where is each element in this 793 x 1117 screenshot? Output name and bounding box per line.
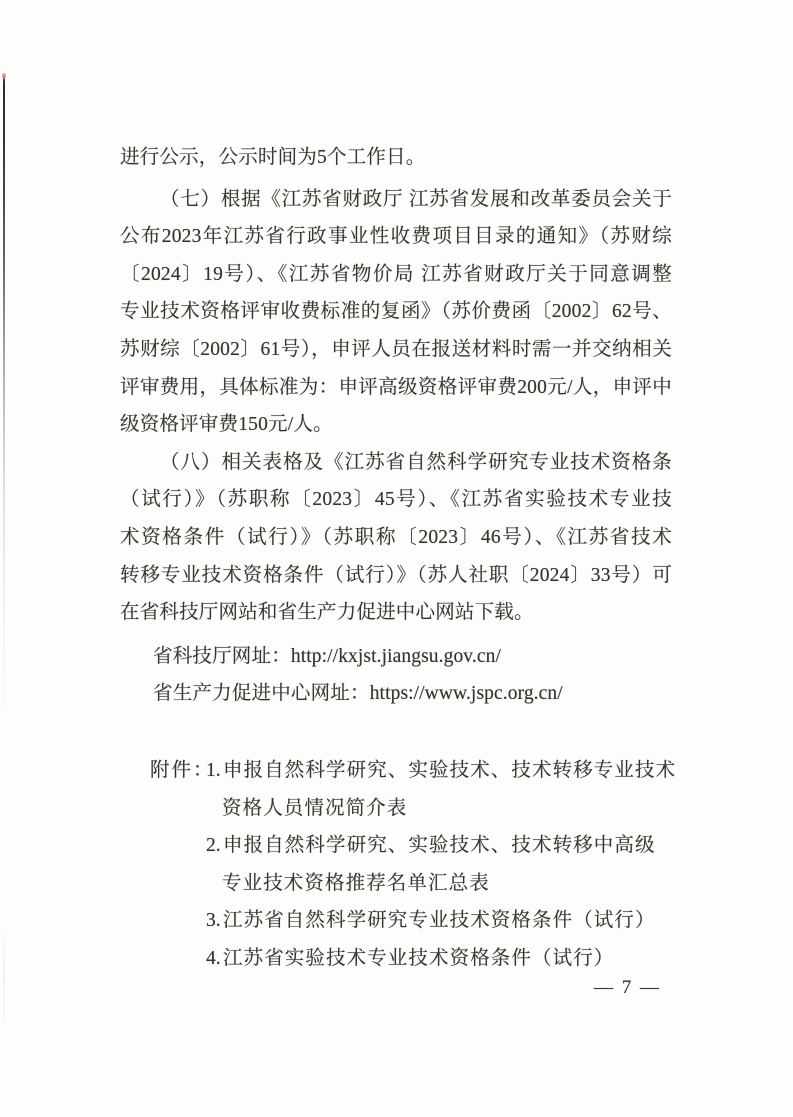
paragraph-line: 进行公示，公示时间为5个工作日。 — [120, 139, 672, 177]
website-label: 省科技厅网址： — [153, 646, 291, 667]
attachment-title: 申报自然科学研究、实验技术、技术转移中高级 — [223, 835, 656, 856]
scanned-document-page: 进行公示，公示时间为5个工作日。 （七）根据《江苏省财政厅 江苏省发展和改革委员… — [0, 0, 793, 1117]
paragraph-8-line: （八）相关表格及《江苏省自然科学研究专业技术资格条件 — [120, 444, 672, 482]
page-number: — 7 — — [594, 977, 661, 999]
attachment-item-2-continued: 专业技术资格推荐名单汇总表 — [120, 865, 672, 903]
spacer — [120, 713, 672, 752]
website-line-jspc: 省生产力促进中心网址：https://www.jspc.org.cn/ — [120, 675, 672, 713]
paragraph-8-line: 在省科技厅网站和省生产力促进中心网站下载。 — [120, 594, 672, 632]
paragraph-7-line: 〔2024〕19号）、《江苏省物价局 江苏省财政厅关于同意调整 — [120, 256, 672, 294]
scan-artifact-dot — [2, 73, 6, 79]
attachment-item-4: 4.江苏省实验技术专业技术资格条件（试行） — [120, 940, 672, 978]
attachment-item-3: 3.江苏省自然科学研究专业技术资格条件（试行） — [120, 902, 672, 940]
paragraph-8-line: 转移专业技术资格条件（试行）》（苏人社职〔2024〕33号）可 — [120, 557, 672, 595]
attachment-number: 1. — [206, 752, 223, 790]
attachment-number: 3. — [206, 902, 223, 940]
scan-artifact-line — [3, 76, 5, 1026]
paragraph-7-line: 公布2023年江苏省行政事业性收费项目目录的通知》（苏财综 — [120, 218, 672, 256]
attachment-item-2: 2.申报自然科学研究、实验技术、技术转移中高级 — [120, 827, 672, 865]
document-body: 进行公示，公示时间为5个工作日。 （七）根据《江苏省财政厅 江苏省发展和改革委员… — [120, 139, 672, 977]
attachment-title: 江苏省自然科学研究专业技术资格条件（试行） — [223, 910, 656, 931]
website-url: http://kxjst.jiangsu.gov.cn/ — [291, 646, 501, 667]
paragraph-7-line: 苏财综〔2002〕61号），申评人员在报送材料时需一并交纳相关 — [120, 331, 672, 369]
paragraph-8-line: （试行）》（苏职称〔2023〕45号）、《江苏省实验技术专业技 — [120, 481, 672, 519]
attachment-number: 2. — [206, 827, 223, 865]
website-url: https://www.jspc.org.cn/ — [370, 683, 563, 704]
paragraph-7-line: 级资格评审费150元/人。 — [120, 406, 672, 444]
attachment-number: 4. — [206, 940, 223, 978]
attachment-title: 江苏省实验技术专业技术资格条件（试行） — [223, 948, 614, 969]
paragraph-7-line: 评审费用，具体标准为：申评高级资格评审费200元/人，申评中 — [120, 369, 672, 407]
website-label: 省生产力促进中心网址： — [153, 683, 370, 704]
attachment-item-1: 附件：1.申报自然科学研究、实验技术、技术转移专业技术 — [120, 752, 672, 790]
paragraph-7-line: 专业技术资格评审收费标准的复函》（苏价费函〔2002〕62号、 — [120, 293, 672, 331]
attachment-item-1-continued: 资格人员情况简介表 — [120, 790, 672, 828]
paragraph-8-line: 术资格条件（试行）》（苏职称〔2023〕46号）、《江苏省技术 — [120, 519, 672, 557]
paragraph-7-line: （七）根据《江苏省财政厅 江苏省发展和改革委员会关于 — [120, 181, 672, 219]
website-line-kxjst: 省科技厅网址：http://kxjst.jiangsu.gov.cn/ — [120, 638, 672, 676]
attachments-label: 附件： — [150, 752, 206, 790]
attachment-title: 申报自然科学研究、实验技术、技术转移专业技术 — [223, 760, 676, 781]
